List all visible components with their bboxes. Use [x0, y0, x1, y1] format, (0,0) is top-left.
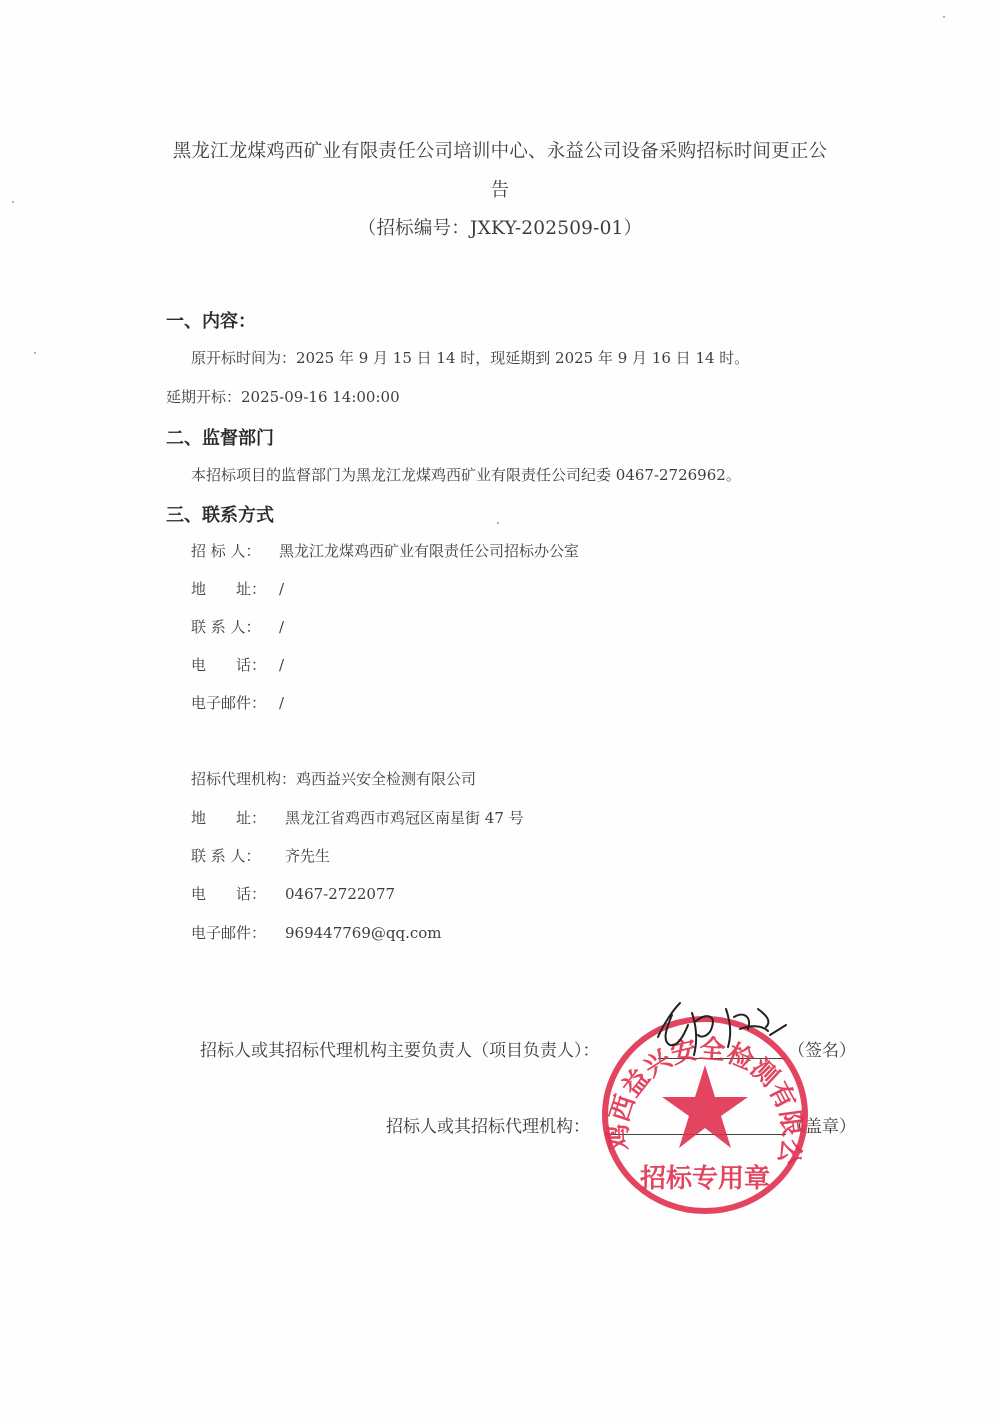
field-value: 黑龙江龙煤鸡西矿业有限责任公司招标办公室: [279, 540, 579, 561]
stamp-center-text: 招标专用章: [640, 1163, 770, 1194]
section-heading-content: 一、内容：: [166, 307, 256, 333]
field-value: /: [279, 580, 284, 598]
field-label: 电 话：: [191, 883, 285, 904]
field-value: /: [279, 694, 284, 712]
tenderer-phone-row: 电 话：/: [191, 654, 284, 675]
field-label: 电子邮件：: [191, 922, 285, 943]
field-value: /: [279, 618, 284, 636]
field-label: 联 系 人：: [191, 845, 285, 866]
section-heading-supervision: 二、监督部门: [166, 424, 274, 450]
field-label: 地 址：: [191, 807, 285, 828]
field-label: 电子邮件：: [191, 692, 279, 713]
tenderer-email-row: 电子邮件：/: [191, 692, 284, 713]
handwritten-signature: [640, 995, 800, 1065]
field-label: 地 址：: [191, 578, 279, 599]
field-value: 鸡西益兴安全检测有限公司: [296, 768, 476, 789]
field-value: 黑龙江省鸡西市鸡冠区南星街 47 号: [285, 807, 524, 828]
field-label: 电 话：: [191, 654, 279, 675]
field-label: 招 标 人：: [191, 540, 279, 561]
signature-line-label: 招标人或其招标代理机构主要负责人（项目负责人）：: [200, 1036, 600, 1061]
field-label: 招标代理机构：: [191, 770, 296, 788]
bid-number: （招标编号：JXKY-202509-01）: [0, 214, 1000, 240]
extended-opening-time: 延期开标：2025-09-16 14:00:00: [166, 386, 400, 407]
document-title-continued: 告: [0, 176, 1000, 202]
document-page: 黑龙江龙煤鸡西矿业有限责任公司培训中心、永益公司设备采购招标时间更正公 告 （招…: [0, 0, 1000, 1426]
field-value: 969447769@qq.com: [285, 924, 442, 942]
agency-name-row: 招标代理机构：鸡西益兴安全检测有限公司: [191, 768, 476, 789]
field-value: 0467-2722077: [285, 885, 395, 903]
agency-phone-row: 电 话：0467-2722077: [191, 883, 395, 904]
tenderer-contact-row: 联 系 人：/: [191, 616, 284, 637]
agency-address-row: 地 址：黑龙江省鸡西市鸡冠区南星街 47 号: [191, 807, 524, 828]
scan-speck: [34, 352, 36, 354]
scan-speck: [943, 16, 945, 18]
agency-contact-row: 联 系 人：齐先生: [191, 845, 330, 866]
seal-line-label: 招标人或其招标代理机构：: [386, 1112, 590, 1137]
content-paragraph: 原开标时间为：2025 年 9 月 15 日 14 时，现延期到 2025 年 …: [191, 347, 749, 368]
tenderer-address-row: 地 址：/: [191, 578, 284, 599]
tenderer-name-row: 招 标 人：黑龙江龙煤鸡西矿业有限责任公司招标办公室: [191, 540, 579, 561]
field-value: /: [279, 656, 284, 674]
agency-email-row: 电子邮件：969447769@qq.com: [191, 922, 442, 943]
field-value: 齐先生: [285, 845, 330, 866]
field-label: 联 系 人：: [191, 616, 279, 637]
supervision-paragraph: 本招标项目的监督部门为黑龙江龙煤鸡西矿业有限责任公司纪委 0467-272696…: [191, 464, 741, 485]
document-title: 黑龙江龙煤鸡西矿业有限责任公司培训中心、永益公司设备采购招标时间更正公: [0, 137, 1000, 163]
scan-speck: [497, 522, 499, 524]
star-icon: [662, 1065, 748, 1148]
section-heading-contact: 三、联系方式: [166, 501, 274, 527]
